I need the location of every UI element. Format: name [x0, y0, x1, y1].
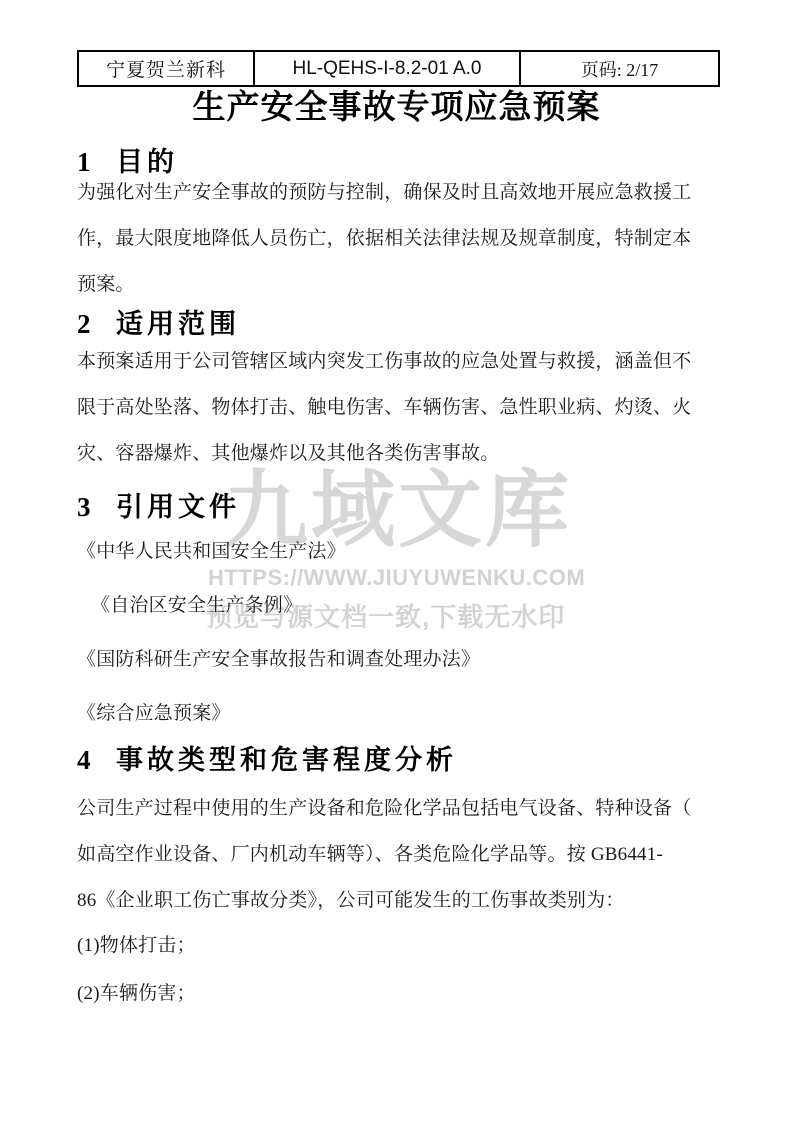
section-2-paragraph: 本预案适用于公司管辖区域内突发工伤事故的应急处置与救援，涵盖但不 限于高处坠落、… — [77, 339, 718, 477]
reference-item: 《综合应急预案》 — [77, 687, 718, 741]
section-2-heading: 2 适用范围 — [77, 307, 240, 341]
section-4-list: (1)物体打击； (2)车辆伤害； — [77, 922, 718, 1018]
document-header-table: 宁夏贺兰新科 HL-QEHS-I-8.2-01 A.0 页码: 2/17 — [77, 50, 720, 87]
text-line: 如高空作业设备、厂内机动车辆等）、各类危险化学品等。按 GB6441- — [77, 832, 718, 878]
header-table-row: 宁夏贺兰新科 HL-QEHS-I-8.2-01 A.0 页码: 2/17 — [78, 51, 719, 86]
reference-item: 《自治区安全生产条例》 — [77, 579, 718, 633]
text-line: 作，最大限度地降低人员伤亡，依据相关法律法规及规章制度，特制定本 — [77, 216, 718, 262]
text-line: 限于高处坠落、物体打击、触电伤害、车辆伤害、急性职业病、灼烫、火 — [77, 385, 718, 431]
text-line: 86《企业职工伤亡事故分类》，公司可能发生的工伤事故类别为： — [77, 878, 718, 924]
header-doc-code-cell: HL-QEHS-I-8.2-01 A.0 — [254, 51, 520, 86]
text-line: 公司生产过程中使用的生产设备和危险化学品包括电气设备、特种设备（ — [77, 786, 718, 832]
reference-item: 《中华人民共和国安全生产法》 — [77, 525, 718, 579]
section-3-heading: 3 引用文件 — [77, 490, 240, 524]
text-line: 灾、容器爆炸、其他爆炸以及其他各类伤害事故。 — [77, 431, 718, 477]
header-company-cell: 宁夏贺兰新科 — [78, 51, 254, 86]
list-item: (2)车辆伤害； — [77, 970, 718, 1018]
document-page: 九域文库 HTTPS://WWW.JIUYUWENKU.COM 预览与源文档一致… — [0, 0, 793, 1122]
text-line: 本预案适用于公司管辖区域内突发工伤事故的应急处置与救援，涵盖但不 — [77, 339, 718, 385]
document-title: 生产安全事故专项应急预案 — [0, 86, 793, 128]
section-3-references: 《中华人民共和国安全生产法》 《自治区安全生产条例》 《国防科研生产安全事故报告… — [77, 525, 718, 741]
list-item: (1)物体打击； — [77, 922, 718, 970]
header-page-number-cell: 页码: 2/17 — [520, 51, 719, 86]
section-4-paragraph: 公司生产过程中使用的生产设备和危险化学品包括电气设备、特种设备（ 如高空作业设备… — [77, 786, 718, 924]
reference-item: 《国防科研生产安全事故报告和调查处理办法》 — [77, 633, 718, 687]
text-line: 为强化对生产安全事故的预防与控制，确保及时且高效地开展应急救援工 — [77, 170, 718, 216]
section-1-paragraph: 为强化对生产安全事故的预防与控制，确保及时且高效地开展应急救援工 作，最大限度地… — [77, 170, 718, 308]
text-line: 预案。 — [77, 262, 718, 308]
section-4-heading: 4 事故类型和危害程度分析 — [77, 743, 457, 777]
